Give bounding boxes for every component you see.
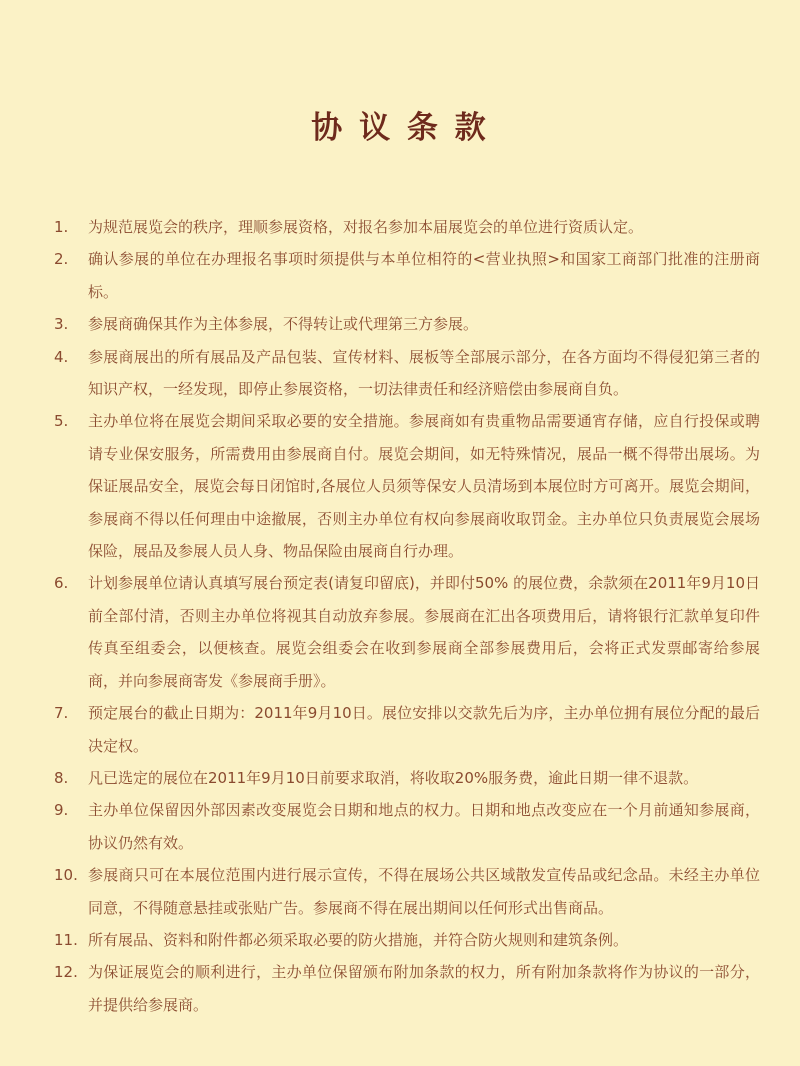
term-number: 5.	[54, 405, 88, 567]
term-text: 预定展台的截止日期为：2011年9月10日。展位安排以交款先后为序，主办单位拥有…	[88, 697, 760, 762]
term-number: 10.	[54, 859, 88, 924]
term-text: 主办单位将在展览会期间采取必要的安全措施。参展商如有贵重物品需要通宵存储，应自行…	[88, 405, 760, 567]
term-text: 为保证展览会的顺利进行，主办单位保留颁布附加条款的权力，所有附加条款将作为协议的…	[88, 956, 760, 1021]
term-item-2: 2. 确认参展的单位在办理报名事项时须提供与本单位相符的<营业执照>和国家工商部…	[54, 243, 760, 308]
term-text: 确认参展的单位在办理报名事项时须提供与本单位相符的<营业执照>和国家工商部门批准…	[88, 243, 760, 308]
page-title: 协 议 条 款	[0, 0, 800, 147]
term-text: 参展商只可在本展位范围内进行展示宣传，不得在展场公共区域散发宣传品或纪念品。未经…	[88, 859, 760, 924]
term-item-4: 4. 参展商展出的所有展品及产品包装、宣传材料、展板等全部展示部分，在各方面均不…	[54, 341, 760, 406]
term-text: 参展商确保其作为主体参展，不得转让或代理第三方参展。	[88, 308, 760, 340]
term-item-1: 1. 为规范展览会的秩序，理顺参展资格，对报名参加本届展览会的单位进行资质认定。	[54, 211, 760, 243]
term-text: 所有展品、资料和附件都必须采取必要的防火措施，并符合防火规则和建筑条例。	[88, 924, 760, 956]
term-item-9: 9. 主办单位保留因外部因素改变展览会日期和地点的权力。日期和地点改变应在一个月…	[54, 794, 760, 859]
terms-list: 1. 为规范展览会的秩序，理顺参展资格，对报名参加本届展览会的单位进行资质认定。…	[54, 211, 760, 1021]
term-text: 计划参展单位请认真填写展台预定表(请复印留底)，并即付50% 的展位费，余款须在…	[88, 567, 760, 697]
term-number: 6.	[54, 567, 88, 697]
term-number: 9.	[54, 794, 88, 859]
term-number: 2.	[54, 243, 88, 308]
term-text: 为规范展览会的秩序，理顺参展资格，对报名参加本届展览会的单位进行资质认定。	[88, 211, 760, 243]
term-number: 3.	[54, 308, 88, 340]
term-number: 8.	[54, 762, 88, 794]
term-text: 主办单位保留因外部因素改变展览会日期和地点的权力。日期和地点改变应在一个月前通知…	[88, 794, 760, 859]
term-item-3: 3. 参展商确保其作为主体参展，不得转让或代理第三方参展。	[54, 308, 760, 340]
term-item-11: 11. 所有展品、资料和附件都必须采取必要的防火措施，并符合防火规则和建筑条例。	[54, 924, 760, 956]
term-number: 7.	[54, 697, 88, 762]
document-page: 协 议 条 款 1. 为规范展览会的秩序，理顺参展资格，对报名参加本届展览会的单…	[0, 0, 800, 1066]
term-item-5: 5. 主办单位将在展览会期间采取必要的安全措施。参展商如有贵重物品需要通宵存储，…	[54, 405, 760, 567]
term-number: 11.	[54, 924, 88, 956]
term-item-7: 7. 预定展台的截止日期为：2011年9月10日。展位安排以交款先后为序，主办单…	[54, 697, 760, 762]
term-number: 12.	[54, 956, 88, 1021]
term-number: 1.	[54, 211, 88, 243]
term-item-8: 8. 凡已选定的展位在2011年9月10日前要求取消，将收取20%服务费，逾此日…	[54, 762, 760, 794]
term-text: 参展商展出的所有展品及产品包装、宣传材料、展板等全部展示部分，在各方面均不得侵犯…	[88, 341, 760, 406]
term-number: 4.	[54, 341, 88, 406]
term-item-10: 10. 参展商只可在本展位范围内进行展示宣传，不得在展场公共区域散发宣传品或纪念…	[54, 859, 760, 924]
term-item-6: 6. 计划参展单位请认真填写展台预定表(请复印留底)，并即付50% 的展位费，余…	[54, 567, 760, 697]
term-text: 凡已选定的展位在2011年9月10日前要求取消，将收取20%服务费，逾此日期一律…	[88, 762, 760, 794]
term-item-12: 12. 为保证展览会的顺利进行，主办单位保留颁布附加条款的权力，所有附加条款将作…	[54, 956, 760, 1021]
